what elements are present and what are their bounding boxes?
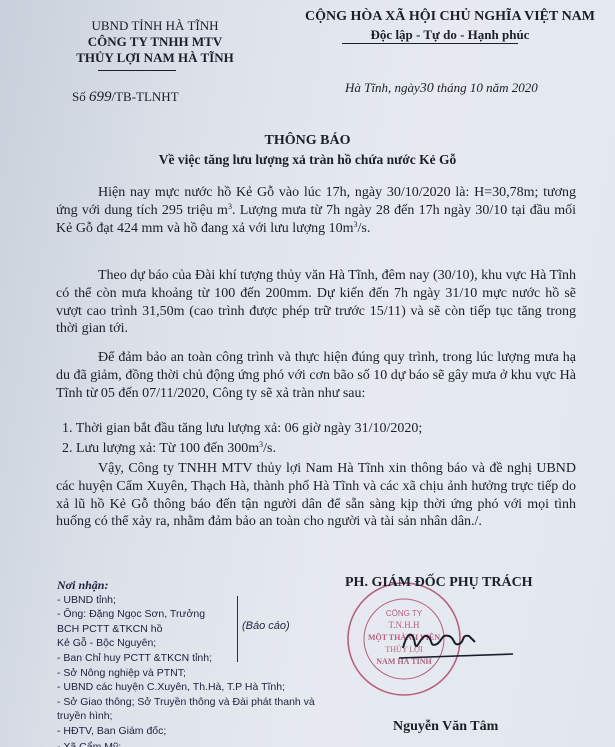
signer-title: PH. GIÁM ĐỐC PHỤ TRÁCH: [345, 575, 533, 591]
list-item-2-b: /s.: [263, 441, 276, 456]
document-page: UBND TỈNH HÀ TĨNH CÔNG TY TNHH MTV THỦY …: [0, 0, 615, 747]
national-motto: Độc lập - Tự do - Hạnh phúc: [280, 26, 615, 44]
recipient-item: - Sở Nông nghiệp và PTNT;: [57, 666, 315, 681]
paragraph-3: Để đảm bảo an toàn công trình và thực hi…: [56, 349, 576, 402]
bracket-divider: [237, 596, 238, 662]
recipient-item: - Ban Chỉ huy PCTT &TKCN tỉnh;: [57, 651, 315, 666]
list-item: 2. Lưu lượng xả: Từ 100 đến 300m3/s.: [62, 439, 422, 459]
p1-part-c: /s.: [358, 221, 371, 236]
signature-icon: [395, 622, 515, 662]
recipient-item: truyền hình;: [57, 709, 315, 724]
document-number: Số 699/TB-TLNHT: [72, 89, 179, 106]
recipient-item-cut-off: - Xã Cẩm Mỹ;: [57, 741, 121, 747]
document-title: THÔNG BÁO: [0, 133, 615, 149]
signer-name: Nguyễn Văn Tâm: [393, 719, 498, 735]
paragraph-2: Theo dự báo của Đài khí tượng thủy văn H…: [56, 267, 576, 338]
doc-number-suffix: /TB-TLNHT: [111, 89, 178, 104]
svg-text:CÔNG TY: CÔNG TY: [386, 609, 423, 618]
national-title: CỘNG HÒA XÃ HỘI CHỦ NGHĨA VIỆT NAM: [280, 8, 615, 26]
recipient-item: Kẻ Gỗ - Bộc Nguyên;: [57, 636, 315, 651]
list-item-2-a: 2. Lưu lượng xả: Từ 100 đến 300m: [62, 441, 259, 456]
date-day-handwritten: 30: [420, 81, 434, 96]
recipient-item: - UBND các huyện C.Xuyên, Th.Hà, T.P Hà …: [57, 680, 315, 695]
recipient-item: - HĐTV, Ban Giám đốc;: [57, 724, 315, 739]
doc-number-handwritten: 699: [89, 89, 112, 105]
document-subtitle: Về việc tăng lưu lượng xả tràn hồ chứa n…: [0, 152, 615, 168]
issuer-line-3: THỦY LỢI NAM HÀ TĨNH: [60, 50, 250, 66]
doc-number-prefix: Số: [72, 89, 89, 104]
paragraph-4: Vậy, Công ty TNHH MTV thủy lợi Nam Hà Tĩ…: [56, 460, 576, 531]
recipients-heading: Nơi nhận:: [57, 578, 315, 593]
list-item: 1. Thời gian bắt đầu tăng lưu lượng xả: …: [62, 419, 422, 439]
recipient-item: - UBND tỉnh;: [57, 593, 315, 608]
recipient-item: - Sở Giao thông; Sở Truyền thông và Đài …: [57, 695, 315, 710]
recipients-block: Nơi nhận: - UBND tỉnh; - Ông: Đặng Ngọc …: [57, 578, 315, 739]
issuer-line-2: CÔNG TY TNHH MTV: [60, 34, 250, 50]
date-prefix: Hà Tĩnh, ngày: [345, 80, 420, 95]
report-note: (Báo cáo): [242, 620, 290, 632]
issuer-line-1: UBND TỈNH HÀ TĨNH: [60, 18, 250, 34]
issuer-underline: [98, 70, 176, 71]
date-suffix: tháng 10 năm 2020: [434, 80, 538, 95]
issuer-header: UBND TỈNH HÀ TĨNH CÔNG TY TNHH MTV THỦY …: [60, 18, 250, 66]
discharge-plan-list: 1. Thời gian bắt đầu tăng lưu lượng xả: …: [62, 419, 422, 459]
motto-underline: [342, 43, 518, 44]
paragraph-1: Hiện nay mực nước hồ Kẻ Gỗ vào lúc 17h, …: [56, 184, 576, 237]
national-header: CỘNG HÒA XÃ HỘI CHỦ NGHĨA VIỆT NAM Độc l…: [280, 8, 615, 44]
document-date: Hà Tĩnh, ngày30 tháng 10 năm 2020: [345, 80, 538, 97]
